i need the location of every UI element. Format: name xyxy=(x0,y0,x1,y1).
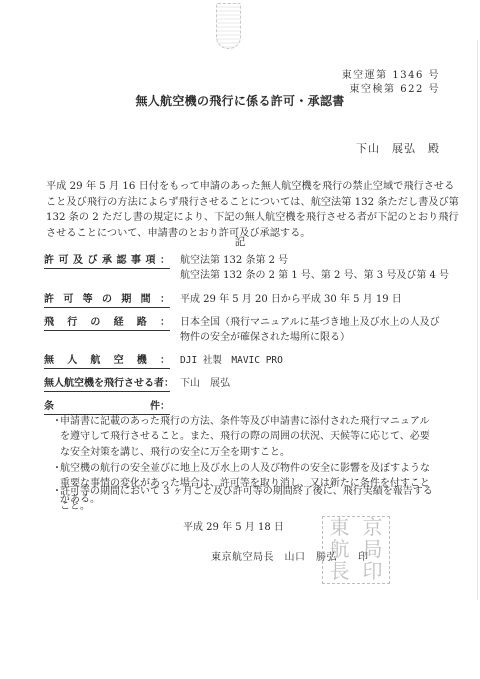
scan-edge-line xyxy=(477,40,478,600)
ki-heading: 記 xyxy=(0,234,480,249)
label-aircraft: 無人航空機： xyxy=(44,354,170,369)
document-title: 無人航空機の飛行に係る許可・承認書 xyxy=(0,92,480,109)
condition-item-1: ・ 申請書に記載のあった飛行の方法、条件等及び申請書に添付された飛行マニュアル … xyxy=(60,414,430,460)
label-char: 認 xyxy=(117,254,127,267)
label-char: 路 xyxy=(137,316,147,329)
stamp-char: 局 xyxy=(356,539,389,561)
label-char: 許 xyxy=(44,254,54,267)
stamp-char: 長 xyxy=(323,561,356,583)
condition-line: を遵守して飛行させること。また、飛行の際の周囲の状況、天候等に応じて、必要 xyxy=(60,429,430,444)
label-char: 無人航空機を飛行させる者： xyxy=(44,377,174,390)
paragraph-line: 132 条の 2 ただし書の規定により、下記の無人航空機を飛行させる者が下記のと… xyxy=(46,210,436,226)
label-char: 許 xyxy=(44,293,54,306)
value-line: 日本全国（飛行マニュアルに基づき地上及び水上の人及び xyxy=(180,315,440,330)
stamp-char: 東 xyxy=(323,517,356,539)
stamp-char: 京 xyxy=(356,517,389,539)
label-char: ： xyxy=(160,400,170,413)
doc-number-1: 東空運第 1346 号 xyxy=(342,66,440,81)
label-char: 経 xyxy=(114,316,124,329)
value-flight-route: 日本全国（飛行マニュアルに基づき地上及び水上の人及び 物件の安全が確保された場所… xyxy=(180,315,440,345)
label-char: ： xyxy=(160,316,170,329)
official-seal-stamp: 東 京 航 局 長 印 xyxy=(322,516,390,584)
label-conditions: 条件： xyxy=(44,400,170,415)
condition-line: な安全対策を講じ、飛行の安全に万全を期すこと。 xyxy=(60,445,430,460)
label-char: の xyxy=(90,316,100,329)
label-char: 事 xyxy=(131,254,141,267)
bullet: ・ xyxy=(52,461,62,476)
value-line: 航空法第 132 条の 2 第 1 号、第 2 号、第 3 号及び第 4 号 xyxy=(180,268,449,283)
condition-line: 航空機の航行の安全並びに地上及び水上の人及び物件の安全に影響を及ぼすような xyxy=(60,461,430,476)
label-char: 件 xyxy=(150,400,160,413)
label-char: 空 xyxy=(114,354,124,367)
label-char: の xyxy=(102,293,112,306)
stamp-char: 印 xyxy=(356,561,389,583)
label-char: 間 xyxy=(141,293,151,306)
label-char: 航 xyxy=(90,354,100,367)
stamp-char: 航 xyxy=(323,539,356,561)
label-operator: 無人航空機を飛行させる者： xyxy=(44,377,170,392)
label-char: 期 xyxy=(121,293,131,306)
bullet: ・ xyxy=(52,484,62,499)
label-char: ： xyxy=(160,254,170,267)
condition-line: 許可等の期間において 3 ヶ月ごと及び許可等の期間終了後に、飛行実績を報告する xyxy=(60,484,433,499)
label-char: 及 xyxy=(73,254,83,267)
bullet: ・ xyxy=(52,414,62,429)
top-seal-stamp xyxy=(216,3,241,49)
label-char: ： xyxy=(160,354,170,367)
paragraph-line: こと及び飛行の方法によらず飛行させることについては、航空法第 132 条ただし書… xyxy=(46,195,436,211)
label-char: 可 xyxy=(59,254,69,267)
label-char: 行 xyxy=(67,316,77,329)
label-char: 可 xyxy=(63,293,73,306)
value-line: DJI 社製 MAVIC PRO xyxy=(180,353,283,368)
label-permission-items: 許可及び承認事項： xyxy=(44,254,170,269)
label-char: 人 xyxy=(67,354,77,367)
value-aircraft: DJI 社製 MAVIC PRO xyxy=(180,353,283,368)
label-char: 等 xyxy=(83,293,93,306)
label-flight-route: 飛行の経路： xyxy=(44,316,170,331)
label-char: 機 xyxy=(137,354,147,367)
value-operator: 下山 展弘 xyxy=(180,376,230,391)
condition-item-3-body: ・ 許可等の期間において 3 ヶ月ごと及び許可等の期間終了後に、飛行実績を報告す… xyxy=(60,484,433,515)
value-line: 下山 展弘 xyxy=(180,376,230,391)
label-char: び xyxy=(88,254,98,267)
value-line: 航空法第 132 条第 2 号 xyxy=(180,253,449,268)
label-char: 飛 xyxy=(44,316,54,329)
label-char: 条 xyxy=(44,400,54,413)
issue-date: 平成 29 年 5 月 18 日 xyxy=(183,518,284,533)
label-char: 無 xyxy=(44,354,54,367)
value-line: 物件の安全が確保された場所に限る） xyxy=(180,330,440,345)
recipient: 下山 展弘 殿 xyxy=(356,140,440,156)
label-char: 承 xyxy=(102,254,112,267)
body-paragraph: 平成 29 年 5 月 16 日付をもって申請のあった無人航空機を飛行の禁止空域… xyxy=(46,179,436,242)
condition-line: こと。 xyxy=(60,499,433,514)
label-permission-period: 許可等の期間： xyxy=(44,293,170,308)
label-char: ： xyxy=(160,293,170,306)
label-char: 項 xyxy=(146,254,156,267)
value-permission-period: 平成 29 年 5 月 20 日から平成 30 年 5 月 19 日 xyxy=(180,292,402,307)
condition-line: 申請書に記載のあった飛行の方法、条件等及び申請書に添付された飛行マニュアル xyxy=(60,414,430,429)
paragraph-line: 平成 29 年 5 月 16 日付をもって申請のあった無人航空機を飛行の禁止空域… xyxy=(46,179,436,195)
value-line: 平成 29 年 5 月 20 日から平成 30 年 5 月 19 日 xyxy=(180,292,402,307)
value-permission-items: 航空法第 132 条第 2 号 航空法第 132 条の 2 第 1 号、第 2 … xyxy=(180,253,449,283)
